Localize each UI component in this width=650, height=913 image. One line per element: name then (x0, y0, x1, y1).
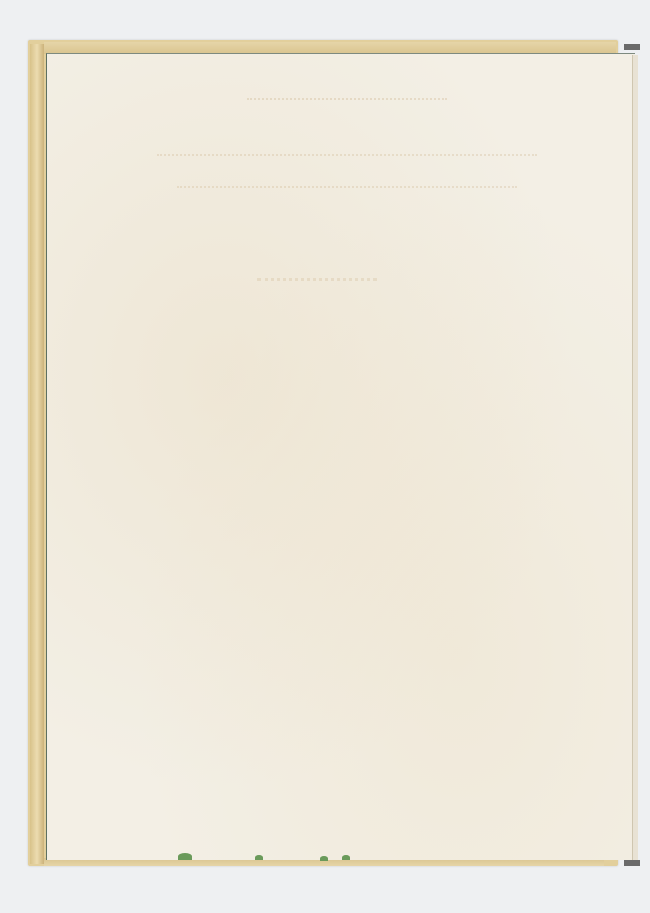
show-through-line (177, 172, 517, 188)
show-through-line (247, 84, 447, 100)
metal-clip-bottom (624, 860, 640, 866)
blank-page (46, 53, 635, 860)
show-through-ornament (257, 254, 377, 281)
book-spine-edge (30, 44, 44, 864)
page-fore-edge (632, 55, 638, 860)
show-through-line (157, 140, 537, 156)
mold-spot (178, 853, 192, 860)
mold-spot (255, 855, 263, 860)
mold-spot (320, 856, 328, 861)
metal-clip-top (624, 44, 640, 50)
mold-spot (342, 855, 350, 860)
